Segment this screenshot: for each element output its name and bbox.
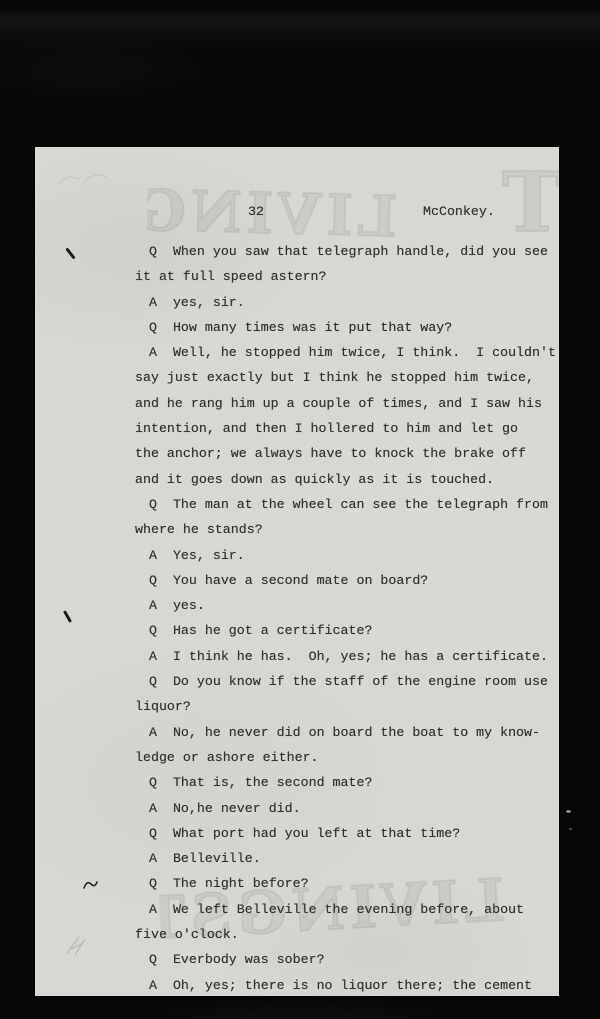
transcript-line: A yes. <box>135 593 559 618</box>
transcript-line: five o'clock. <box>135 922 559 947</box>
pencil-smudge-icon <box>63 929 97 959</box>
scanned-transcript-view: { "header": { "page_number": "32", "witn… <box>0 0 600 1019</box>
transcript-line: the anchor; we always have to knock the … <box>135 441 559 466</box>
transcript-line: and it goes down as quickly as it is tou… <box>135 467 559 492</box>
transcript-line: Q Has he got a certificate? <box>135 618 559 643</box>
pen-tick-icon <box>65 247 75 259</box>
transcript-line: Q The night before? <box>135 871 559 896</box>
pencil-smudge-icon <box>53 163 113 193</box>
transcript-line: Q That is, the second mate? <box>135 770 559 795</box>
transcript-line: where he stands? <box>135 517 559 542</box>
transcript-line: Q How many times was it put that way? <box>135 315 559 340</box>
transcript-line: Q Everbody was sober? <box>135 947 559 972</box>
transcript-line: ledge or ashore either. <box>135 745 559 770</box>
transcript-line: A We left Belleville the evening before,… <box>135 897 559 922</box>
transcript-line: A No, he never did on board the boat to … <box>135 720 559 745</box>
pen-squiggle-icon <box>83 879 99 891</box>
witness-name: McConkey. <box>423 204 495 219</box>
transcript-line: A Oh, yes; there is no liquor there; the… <box>135 973 559 996</box>
transcript-line: intention, and then I hollered to him an… <box>135 416 559 441</box>
transcript-line: A Belleville. <box>135 846 559 871</box>
transcript-line: Q The man at the wheel can see the teleg… <box>135 492 559 517</box>
transcript-line: liquor? <box>135 694 559 719</box>
transcript-line: Q Do you know if the staff of the engine… <box>135 669 559 694</box>
transcript-line: A yes, sir. <box>135 290 559 315</box>
film-speck-icon <box>566 810 571 813</box>
transcript-line: it at full speed astern? <box>135 264 559 289</box>
transcript-line: A I think he has. Oh, yes; he has a cert… <box>135 644 559 669</box>
transcript-line: and he rang him up a couple of times, an… <box>135 391 559 416</box>
bleedthrough-watermark-top-right-glyph: T <box>483 155 559 251</box>
transcript-line: Q You have a second mate on board? <box>135 568 559 593</box>
scanned-page: LIVINGSTONE T LIVINGSTONE 32 McConkey. Q… <box>35 147 559 996</box>
transcript-line: A No,he never did. <box>135 796 559 821</box>
film-speck-icon <box>569 828 572 830</box>
transcript-line: Q What port had you left at that time? <box>135 821 559 846</box>
transcript-line: A Yes, sir. <box>135 543 559 568</box>
transcript-line: A Well, he stopped him twice, I think. I… <box>135 340 559 365</box>
transcript-line: say just exactly but I think he stopped … <box>135 365 559 390</box>
pen-tick-icon <box>63 610 72 623</box>
page-number: 32 <box>248 204 264 219</box>
transcript-body: Q When you saw that telegraph handle, di… <box>135 239 559 996</box>
transcript-line: Q When you saw that telegraph handle, di… <box>135 239 559 264</box>
